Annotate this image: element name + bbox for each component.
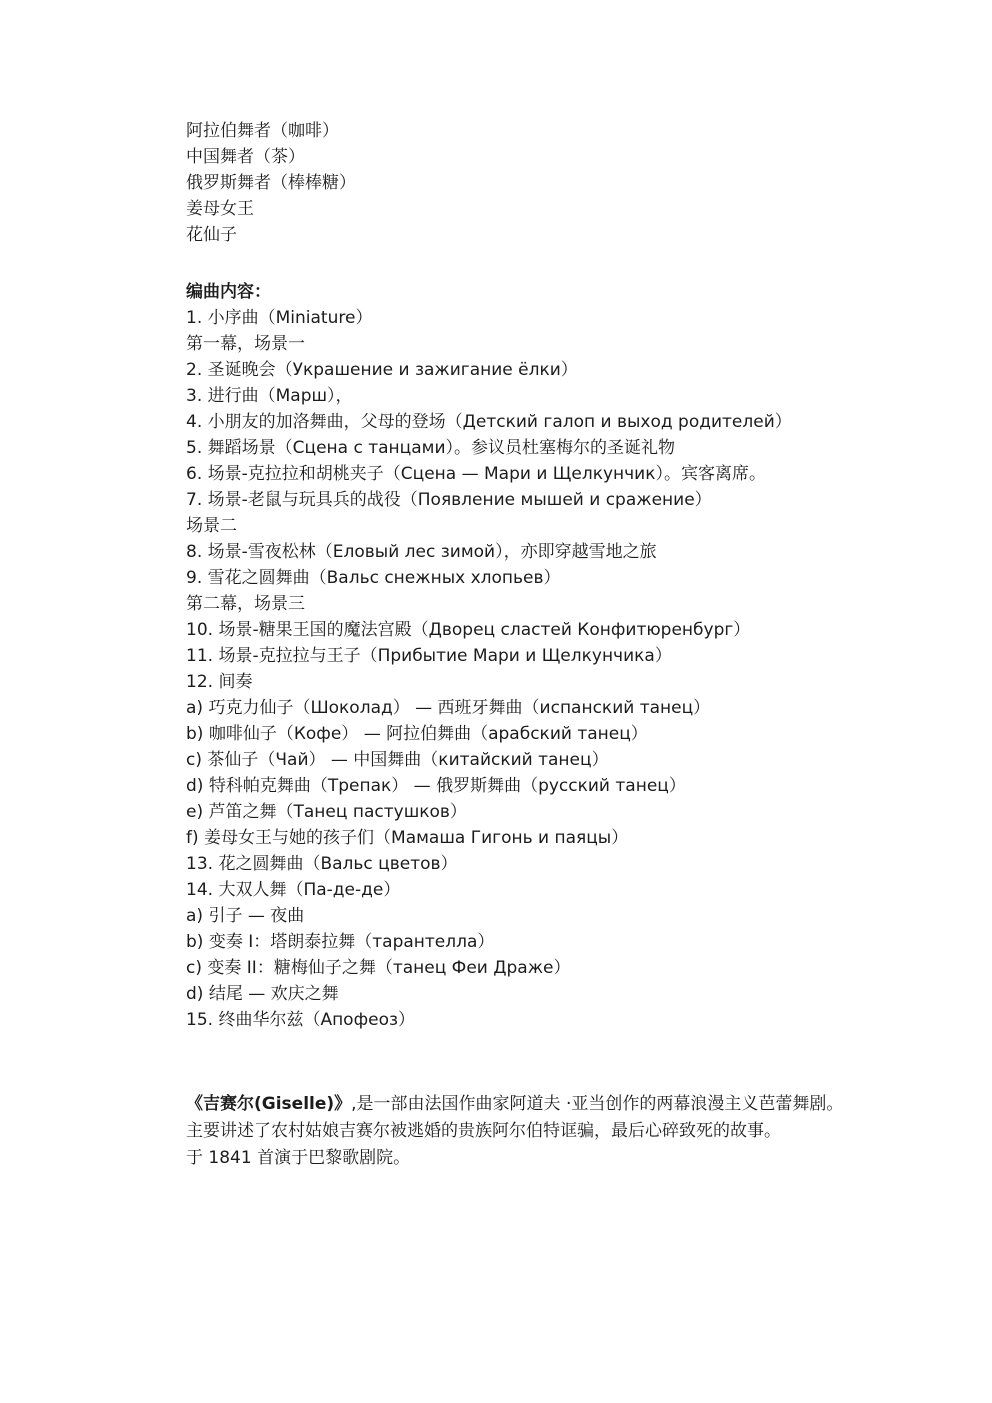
- giselle-line-1: 《吉赛尔(Giselle)》,是一部由法国作曲家阿道夫 ·亚当创作的两幕浪漫主义…: [186, 1091, 916, 1118]
- cast-list-item: 阿拉伯舞者（咖啡）: [186, 118, 916, 144]
- program-list-item: f) 姜母女王与她的孩子们（Мамаша Гигонь и паяцы）: [186, 825, 916, 851]
- program-list-item: 10. 场景-糖果王国的魔法宫殿（Дворец сластей Конфитюр…: [186, 617, 916, 643]
- giselle-paragraph: 《吉赛尔(Giselle)》,是一部由法国作曲家阿道夫 ·亚当创作的两幕浪漫主义…: [186, 1091, 916, 1172]
- program-list-item: b) 咖啡仙子（Кофе） — 阿拉伯舞曲（арабский танец）: [186, 721, 916, 747]
- program-list-item: 5. 舞蹈场景（Сцена с танцами）。参议员杜塞梅尔的圣诞礼物: [186, 435, 916, 461]
- program-heading: 编曲内容：: [186, 279, 916, 305]
- giselle-title: 《吉赛尔(Giselle)》: [186, 1094, 351, 1114]
- program-list-item: 4. 小朋友的加洛舞曲，父母的登场（Детский галоп и выход …: [186, 409, 916, 435]
- program-list-item: 13. 花之圆舞曲（Вальс цветов）: [186, 851, 916, 877]
- program-list-item: b) 变奏 I：塔朗泰拉舞（тарантелла）: [186, 929, 916, 955]
- program-list-item: 第二幕，场景三: [186, 591, 916, 617]
- giselle-line-1-rest: ,是一部由法国作曲家阿道夫 ·亚当创作的两幕浪漫主义芭蕾舞剧。: [351, 1094, 843, 1114]
- program-list-item: c) 变奏 II：糖梅仙子之舞（танец Феи Драже）: [186, 955, 916, 981]
- program-list-item: 2. 圣诞晚会（Украшение и зажигание ёлки）: [186, 357, 916, 383]
- program-list-item: 14. 大双人舞（Па-де-де）: [186, 877, 916, 903]
- program-list-item: a) 巧克力仙子（Шоколад） — 西班牙舞曲（испанский тане…: [186, 695, 916, 721]
- program-list-item: 9. 雪花之圆舞曲（Вальс снежных хлопьев）: [186, 565, 916, 591]
- program-list-item: 12. 间奏: [186, 669, 916, 695]
- program-list-item: 3. 进行曲（Марш），: [186, 383, 916, 409]
- program-list-item: e) 芦笛之舞（Танец пастушков）: [186, 799, 916, 825]
- cast-list-item: 俄罗斯舞者（棒棒糖）: [186, 170, 916, 196]
- program-list-item: d) 结尾 — 欢庆之舞: [186, 981, 916, 1007]
- program-list-item: 7. 场景-老鼠与玩具兵的战役（Появление мышей и сражен…: [186, 487, 916, 513]
- cast-list: 阿拉伯舞者（咖啡）中国舞者（茶）俄罗斯舞者（棒棒糖）姜母女王花仙子: [186, 118, 916, 248]
- cast-list-item: 中国舞者（茶）: [186, 144, 916, 170]
- program-list-item: 场景二: [186, 513, 916, 539]
- program-list-item: d) 特科帕克舞曲（Трепак） — 俄罗斯舞曲（русский танец）: [186, 773, 916, 799]
- program-list-item: c) 茶仙子（Чай） — 中国舞曲（китайский танец）: [186, 747, 916, 773]
- program-list-item: 8. 场景-雪夜松林（Еловый лес зимой），亦即穿越雪地之旅: [186, 539, 916, 565]
- program-list-item: 15. 终曲华尔兹（Апофеоз）: [186, 1007, 916, 1033]
- cast-list-item: 姜母女王: [186, 196, 916, 222]
- program-list-item: a) 引子 — 夜曲: [186, 903, 916, 929]
- giselle-line-2: 主要讲述了农村姑娘吉赛尔被逃婚的贵族阿尔伯特诓骗，最后心碎致死的故事。: [186, 1118, 916, 1145]
- program-list-item: 6. 场景-克拉拉和胡桃夹子（Сцена — Мари и Щелкунчик）…: [186, 461, 916, 487]
- program-list-item: 11. 场景-克拉拉与王子（Прибытие Мари и Щелкунчика…: [186, 643, 916, 669]
- giselle-line-3: 于 1841 首演于巴黎歌剧院。: [186, 1145, 916, 1172]
- cast-list-item: 花仙子: [186, 222, 916, 248]
- program-list-item: 1. 小序曲（Miniature）: [186, 305, 916, 331]
- program-list: 1. 小序曲（Miniature）第一幕，场景一2. 圣诞晚会（Украшени…: [186, 305, 916, 1033]
- document-page: 阿拉伯舞者（咖啡）中国舞者（茶）俄罗斯舞者（棒棒糖）姜母女王花仙子 编曲内容： …: [186, 118, 916, 1172]
- program-list-item: 第一幕，场景一: [186, 331, 916, 357]
